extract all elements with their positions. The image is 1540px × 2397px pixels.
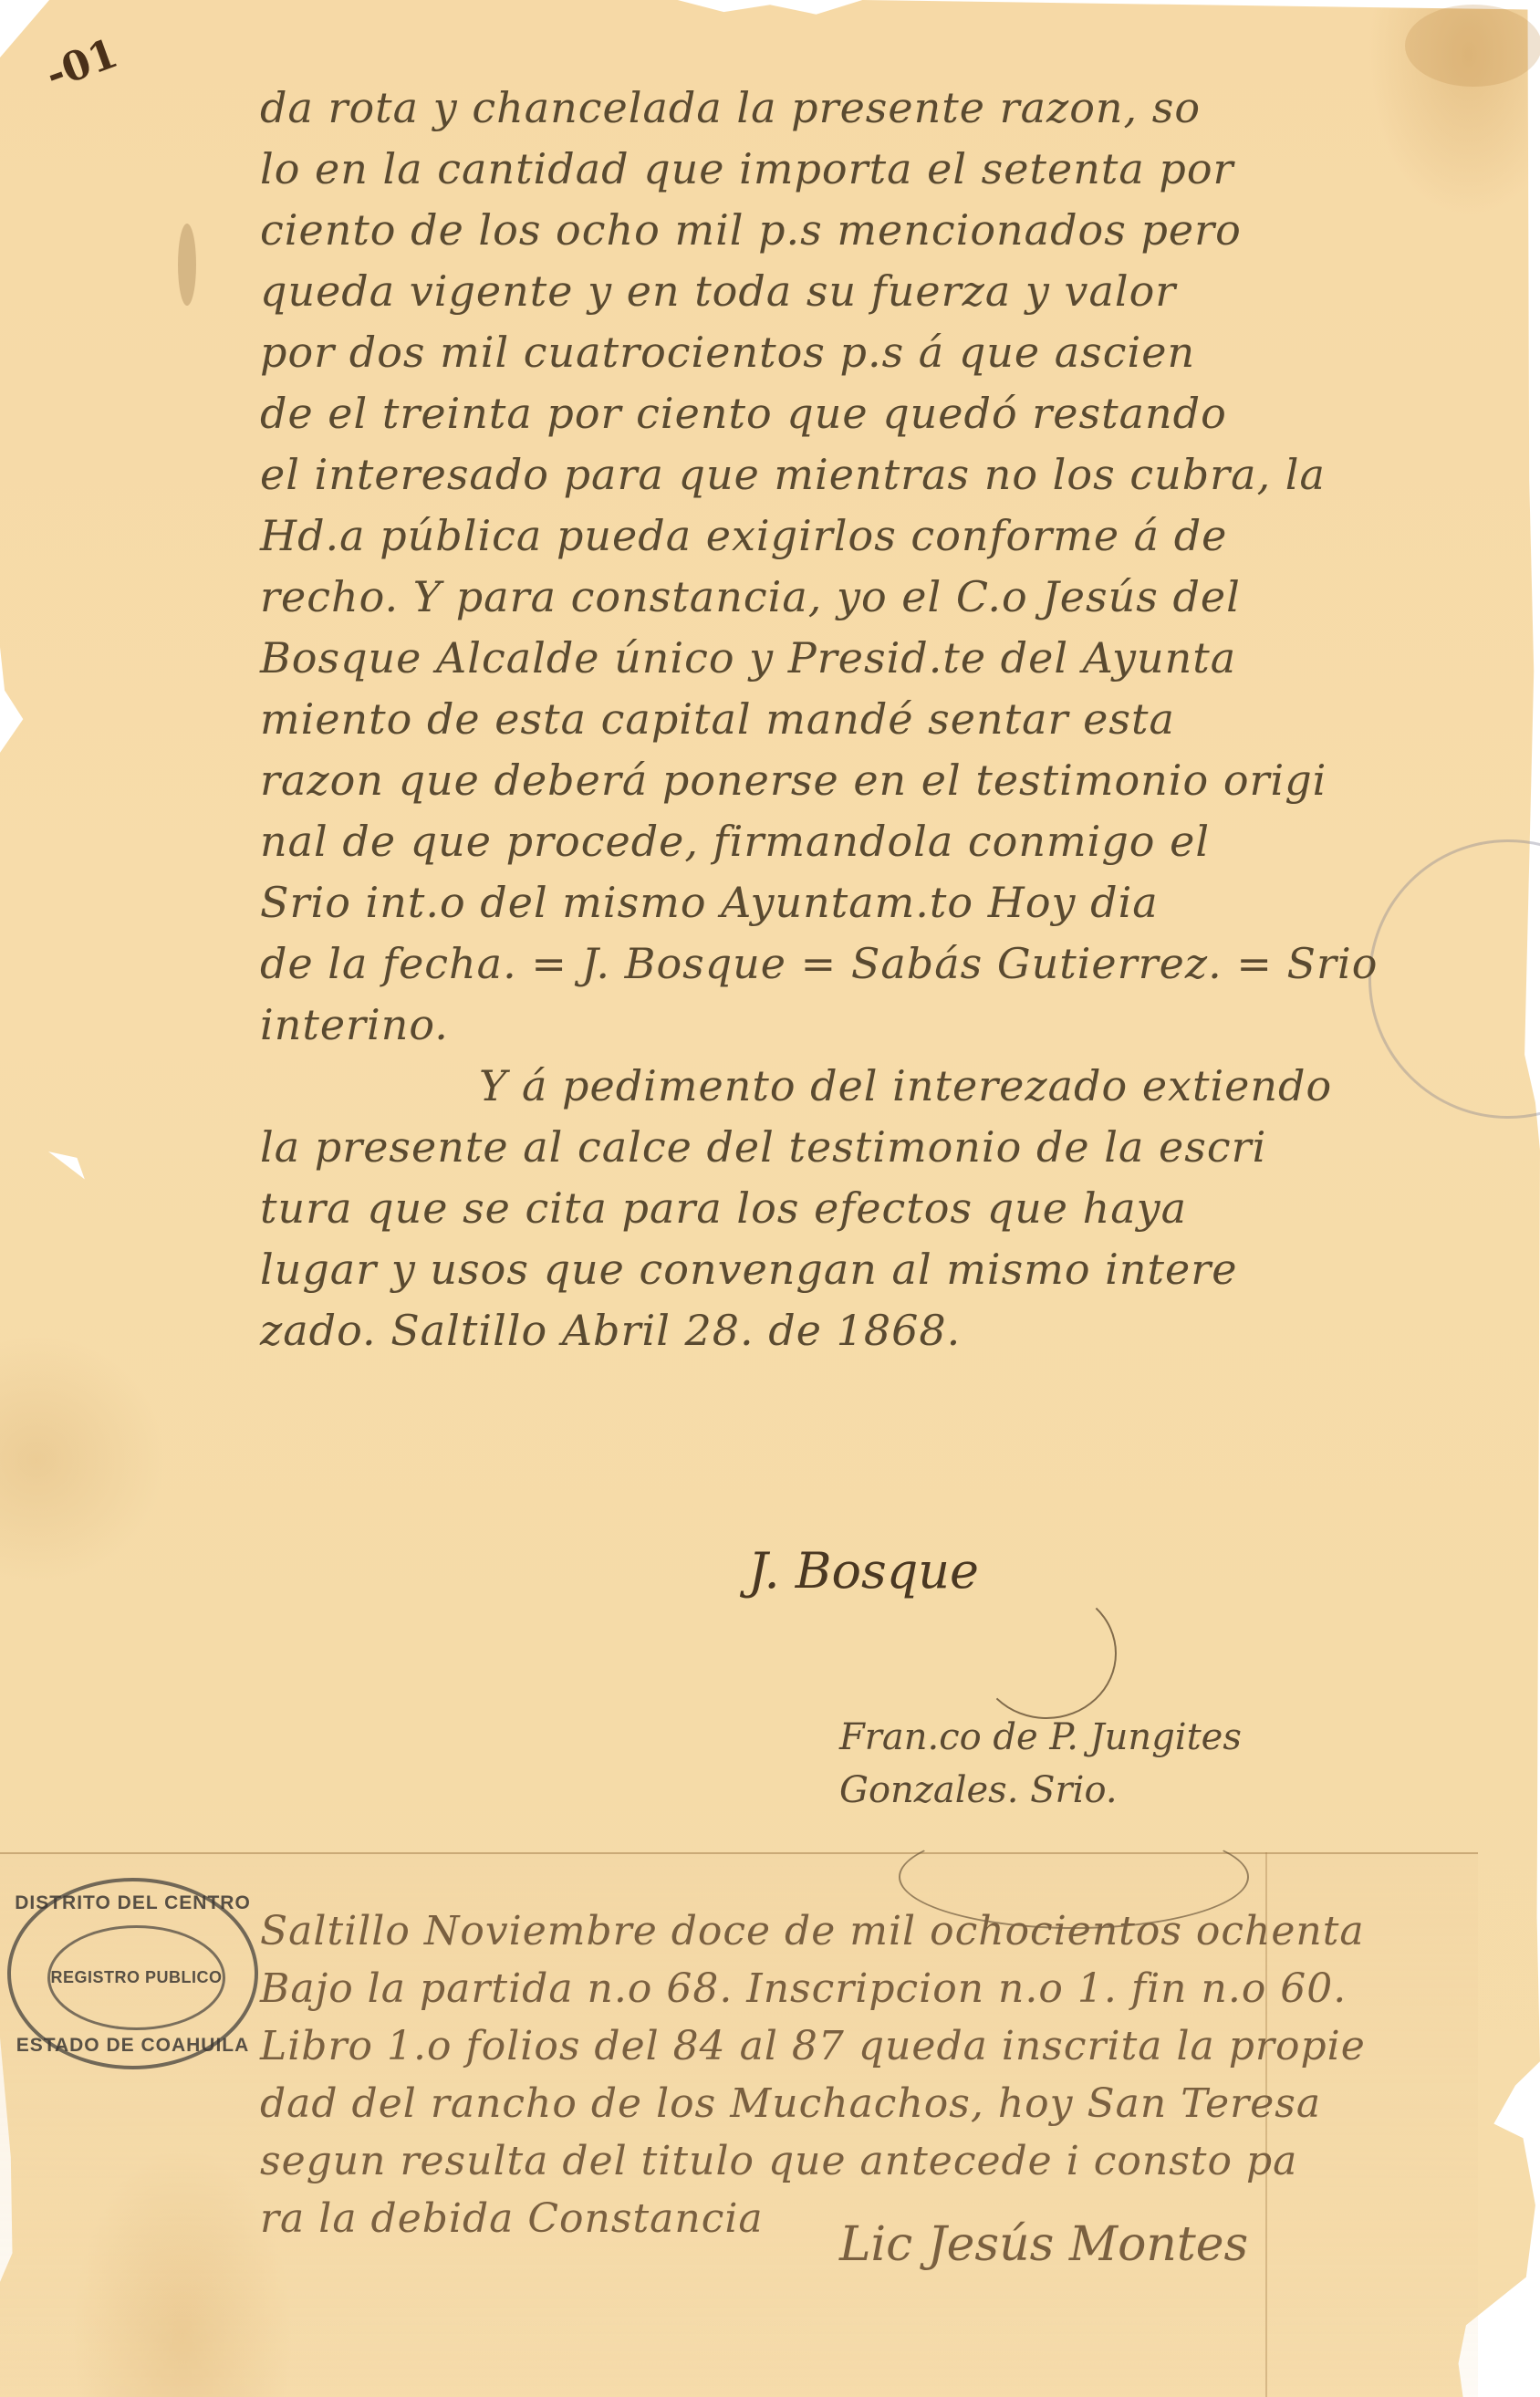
text-line: queda vigente y en toda su fuerza y valo…: [260, 261, 1501, 322]
text-line: nal de que procede, firmandola conmigo e…: [260, 811, 1501, 872]
secretary-title: Gonzales. Srio.: [839, 1764, 1242, 1817]
text-line: ciento de los ocho mil p.s mencionados p…: [260, 200, 1501, 261]
text-line: por dos mil cuatrocientos p.s á que asci…: [260, 322, 1501, 383]
certification-line: lugar y usos que convengan al mismo inte…: [260, 1239, 1501, 1300]
secretary-name: Fran.co de P. Jungites: [839, 1711, 1242, 1764]
signature-flourish: [976, 1588, 1117, 1719]
certification-line: tura que se cita para los efectos que ha…: [260, 1178, 1501, 1239]
text-line: da rota y chancelada la presente razon, …: [260, 78, 1501, 139]
certification-line: zado. Saltillo Abril 28. de 1868.: [260, 1300, 1501, 1361]
annotation-line: dad del rancho de los Muchachos, hoy San…: [260, 2075, 1501, 2132]
certification-line: Y á pedimento del interezado extiendo: [260, 1056, 1501, 1117]
text-line: recho. Y para constancia, yo el C.o Jesú…: [260, 567, 1501, 628]
annotation-line: Bajo la partida n.o 68. Inscripcion n.o …: [260, 1960, 1501, 2017]
annotation-line: Saltillo Noviembre doce de mil ochocient…: [260, 1902, 1501, 1960]
stamp-top-text: DISTRITO DEL CENTRO: [11, 1892, 255, 1914]
stamp-bottom-text: ESTADO DE COAHUILA: [11, 2035, 255, 2057]
text-line: Srio int.o del mismo Ayuntam.to Hoy dia: [260, 872, 1501, 933]
text-line: Bosque Alcalde único y Presid.te del Ayu…: [260, 628, 1501, 689]
stamp-center-text: REGISTRO PUBLICO: [50, 1968, 222, 1987]
stamp-inner-oval: REGISTRO PUBLICO: [47, 1925, 225, 2030]
text-line: lo en la cantidad que importa el setenta…: [260, 139, 1501, 200]
main-handwritten-text: da rota y chancelada la presente razon, …: [260, 78, 1501, 1361]
secretary-signature: Fran.co de P. Jungites Gonzales. Srio.: [839, 1711, 1242, 1817]
annotation-line: Libro 1.o folios del 84 al 87 queda insc…: [260, 2017, 1501, 2075]
water-stain-top-right: [1405, 5, 1540, 87]
text-line: razon que deberá ponerse en el testimoni…: [260, 750, 1501, 811]
registrar-signature: Lic Jesús Montes: [839, 2217, 1248, 2272]
text-line: Hd.a pública pueda exigirlos conforme á …: [260, 505, 1501, 567]
text-line: miento de esta capital mandé sentar esta: [260, 689, 1501, 750]
mayor-signature: J. Bosque: [748, 1542, 979, 1600]
registry-stamp: DISTRITO DEL CENTRO REGISTRO PUBLICO EST…: [7, 1878, 258, 2069]
text-line: interino.: [260, 995, 1501, 1056]
text-line: de la fecha. = J. Bosque = Sabás Gutierr…: [260, 933, 1501, 995]
text-line: de el treinta por ciento que quedó resta…: [260, 383, 1501, 444]
certification-line: la presente al calce del testimonio de l…: [260, 1117, 1501, 1178]
annotation-line: segun resulta del titulo que antecede i …: [260, 2132, 1501, 2190]
registry-annotation-text: Saltillo Noviembre doce de mil ochocient…: [260, 1902, 1501, 2247]
ink-smudge: [178, 224, 196, 306]
text-line: el interesado para que mientras no los c…: [260, 444, 1501, 505]
